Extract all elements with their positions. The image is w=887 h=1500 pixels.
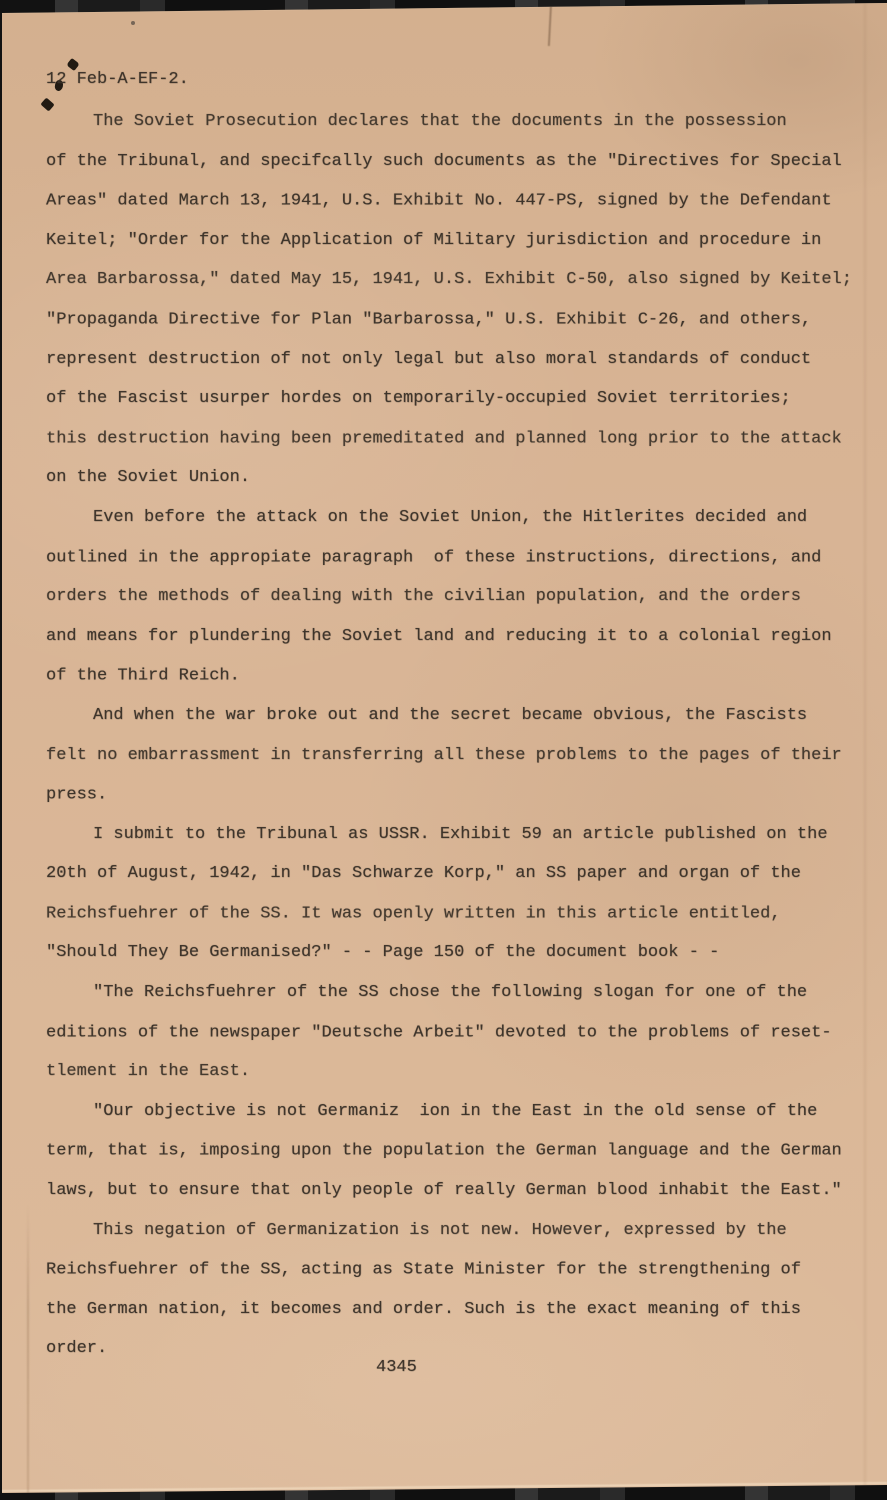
text-line: Area Barbarossa," dated May 15, 1941, U.… [46,260,866,300]
text-line: represent destruction of not only legal … [46,340,866,380]
text-line: Even before the attack on the Soviet Uni… [46,498,866,538]
document-id-line: 12 Feb-A-EF-2. [46,60,189,100]
document-page: 12 Feb-A-EF-2. The Soviet Prosecution de… [0,0,887,1500]
text-line: "Propaganda Directive for Plan "Barbaros… [46,300,866,340]
text-line: This negation of Germanization is not ne… [46,1211,866,1251]
text-line: press. [46,775,866,815]
text-line: on the Soviet Union. [46,458,866,498]
text-line: of the Fascist usurper hordes on tempora… [46,379,866,419]
scanner-background: 12 Feb-A-EF-2. The Soviet Prosecution de… [0,0,887,1500]
text-line: "Should They Be Germanised?" - - Page 15… [46,933,866,973]
text-line: Keitel; "Order for the Application of Mi… [46,221,866,261]
text-line: of the Third Reich. [46,657,866,697]
text-line: editions of the newspaper "Deutsche Arbe… [46,1013,866,1053]
text-line: 20th of August, 1942, in "Das Schwarze K… [46,854,866,894]
text-line: Reichsfuehrer of the SS, acting as State… [46,1251,866,1291]
text-line: the German nation, it becomes and order.… [46,1290,866,1330]
text-line: laws, but to ensure that only people of … [46,1171,866,1211]
paper-crease-left [27,1205,29,1500]
text-line: And when the war broke out and the secre… [46,696,866,736]
text-line: "Our objective is not Germaniz ion in th… [46,1092,866,1132]
text-line: Areas" dated March 13, 1941, U.S. Exhibi… [46,182,866,222]
typewritten-text: The Soviet Prosecution declares that the… [46,102,866,1369]
text-line: orders the methods of dealing with the c… [46,577,866,617]
text-line: term, that is, imposing upon the populat… [46,1132,866,1172]
text-line: outlined in the appropiate paragraph of … [46,538,866,578]
text-line: The Soviet Prosecution declares that the… [46,102,866,142]
ink-speck [131,21,135,25]
paper-edge-top [0,1,887,13]
text-line: "The Reichsfuehrer of the SS chose the f… [46,973,866,1013]
text-line: of the Tribunal, and specifcally such do… [46,142,866,182]
text-line: Reichsfuehrer of the SS. It was openly w… [46,894,866,934]
page-number: 4345 [376,1348,417,1388]
text-line: felt no embarrassment in transferring al… [46,736,866,776]
text-line: this destruction having been premeditate… [46,419,866,459]
text-line: tlement in the East. [46,1052,866,1092]
text-line: and means for plundering the Soviet land… [46,617,866,657]
text-line: order. [46,1329,866,1369]
text-line: I submit to the Tribunal as USSR. Exhibi… [46,815,866,855]
scratch-mark [548,2,552,46]
paper-edge-bottom [0,1482,887,1492]
